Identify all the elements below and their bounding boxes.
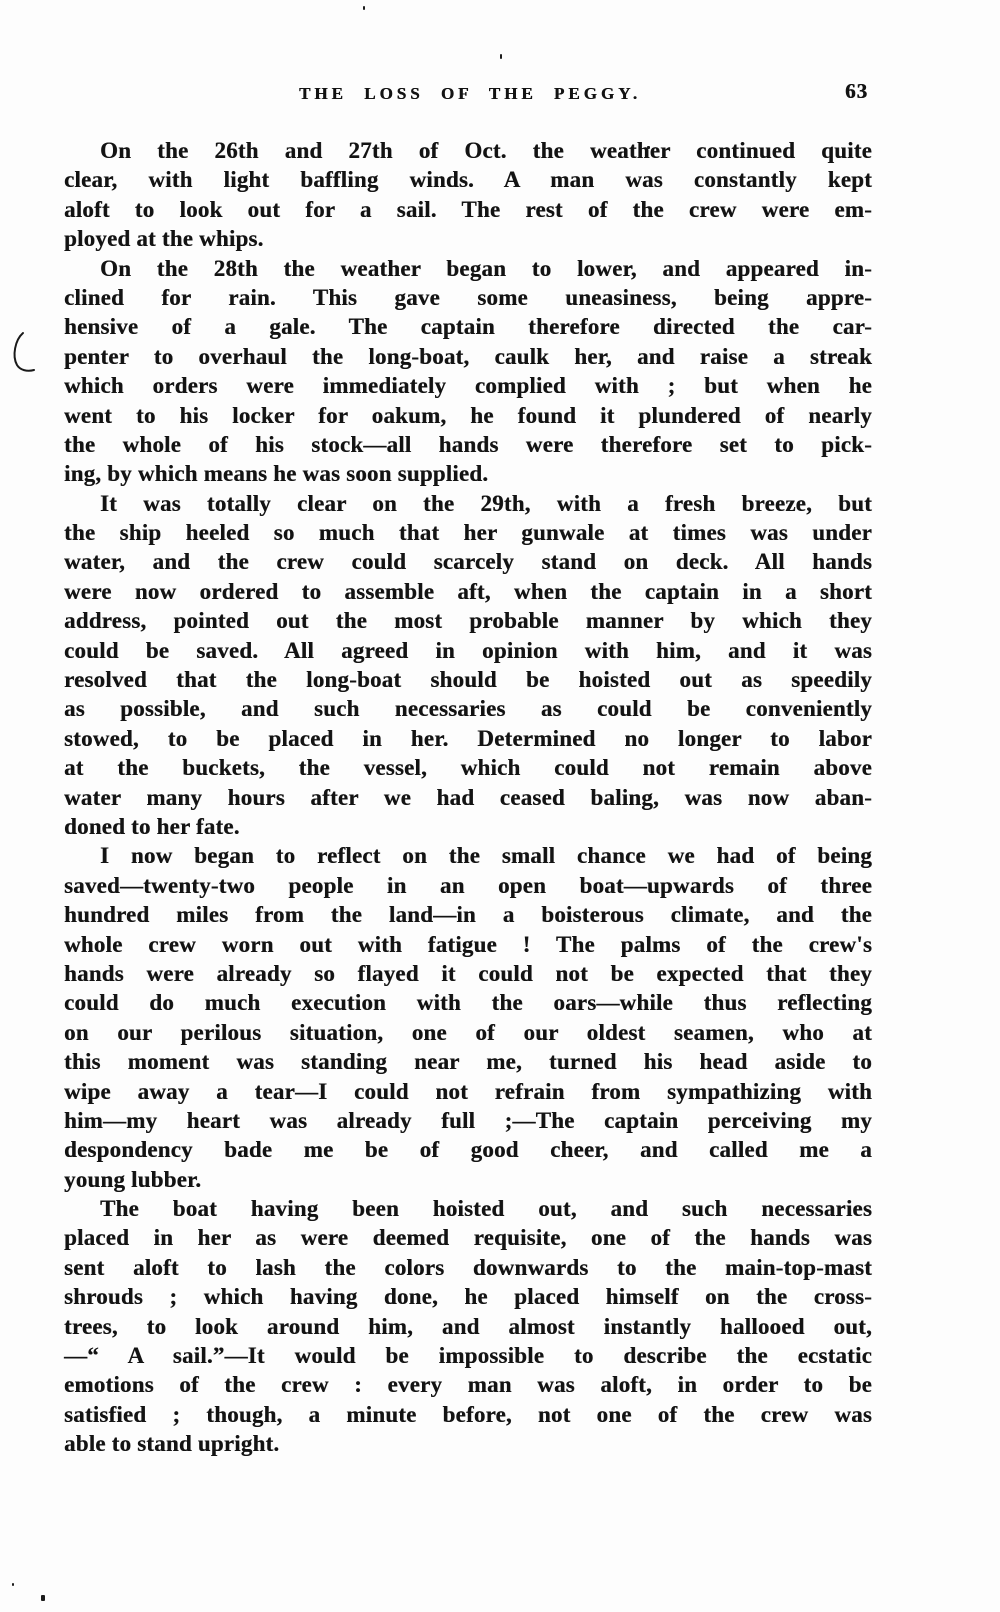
scan-speck [363, 6, 365, 10]
scanned-book-page: THE LOSS OF THE PEGGY. 63 On the 26th an… [0, 0, 1000, 1612]
text-line: despondency bade me be of good cheer, an… [64, 1135, 872, 1164]
scan-speck [12, 1583, 14, 1586]
text-line: hundred miles from the land—in a boister… [64, 900, 872, 929]
page-number: 63 [845, 79, 868, 104]
text-line: satisfied ; though, a minute before, not… [64, 1400, 872, 1429]
text-line: as possible, and such necessaries as cou… [64, 694, 872, 723]
text-line: water, and the crew could scarcely stand… [64, 547, 872, 576]
text-line: clined for rain. This gave some uneasine… [64, 283, 872, 312]
scan-speck [647, 146, 650, 149]
text-line: able to stand upright. [64, 1429, 872, 1458]
text-line: which orders were immediately complied w… [64, 371, 872, 400]
text-line: young lubber. [64, 1165, 872, 1194]
text-line: aloft to look out for a sail. The rest o… [64, 195, 872, 224]
text-line: this moment was standing near me, turned… [64, 1047, 872, 1076]
text-line: It was totally clear on the 29th, with a… [64, 489, 872, 518]
text-line: went to his locker for oakum, he found i… [64, 401, 872, 430]
text-line: the whole of his stock—all hands were th… [64, 430, 872, 459]
text-line: trees, to look around him, and almost in… [64, 1312, 872, 1341]
text-line: could be saved. All agreed in opinion wi… [64, 636, 872, 665]
text-line: doned to her fate. [64, 812, 872, 841]
text-line: clear, with light baffling winds. A man … [64, 165, 872, 194]
text-line: stowed, to be placed in her. Determined … [64, 724, 872, 753]
text-line: were now ordered to assemble aft, when t… [64, 577, 872, 606]
text-line: hensive of a gale. The captain therefore… [64, 312, 872, 341]
text-line: whole crew worn out with fatigue ! The p… [64, 930, 872, 959]
text-line: On the 26th and 27th of Oct. the weather… [64, 136, 872, 165]
text-line: placed in her as were deemed requisite, … [64, 1223, 872, 1252]
text-line: On the 28th the weather began to lower, … [64, 254, 872, 283]
text-line: address, pointed out the most probable m… [64, 606, 872, 635]
text-line: saved—twenty-two people in an open boat—… [64, 871, 872, 900]
text-line: penter to overhaul the long-boat, caulk … [64, 342, 872, 371]
scan-speck [500, 54, 502, 59]
text-line: sent aloft to lash the colors downwards … [64, 1253, 872, 1282]
text-line: ing, by which means he was soon supplied… [64, 459, 872, 488]
text-line: I now began to reflect on the small chan… [64, 841, 872, 870]
running-header-title: THE LOSS OF THE PEGGY. [64, 84, 876, 104]
text-line: resolved that the long-boat should be ho… [64, 665, 872, 694]
page-body-text: On the 26th and 27th of Oct. the weather… [64, 136, 872, 1459]
text-line: —“ A sail.”—It would be impossible to de… [64, 1341, 872, 1370]
text-line: hands were already so flayed it could no… [64, 959, 872, 988]
text-line: shrouds ; which having done, he placed h… [64, 1282, 872, 1311]
text-line: at the buckets, the vessel, which could … [64, 753, 872, 782]
text-line: the ship heeled so much that her gunwale… [64, 518, 872, 547]
text-line: him—my heart was already full ;—The capt… [64, 1106, 872, 1135]
text-line: water many hours after we had ceased bal… [64, 783, 872, 812]
text-line: wipe away a tear—I could not refrain fro… [64, 1077, 872, 1106]
text-line: emotions of the crew : every man was alo… [64, 1370, 872, 1399]
scan-speck [41, 1595, 45, 1601]
text-line: ployed at the whips. [64, 224, 872, 253]
handwritten-margin-mark [6, 330, 40, 376]
text-line: on our perilous situation, one of our ol… [64, 1018, 872, 1047]
text-line: could do much execution with the oars—wh… [64, 988, 872, 1017]
text-line: The boat having been hoisted out, and su… [64, 1194, 872, 1223]
